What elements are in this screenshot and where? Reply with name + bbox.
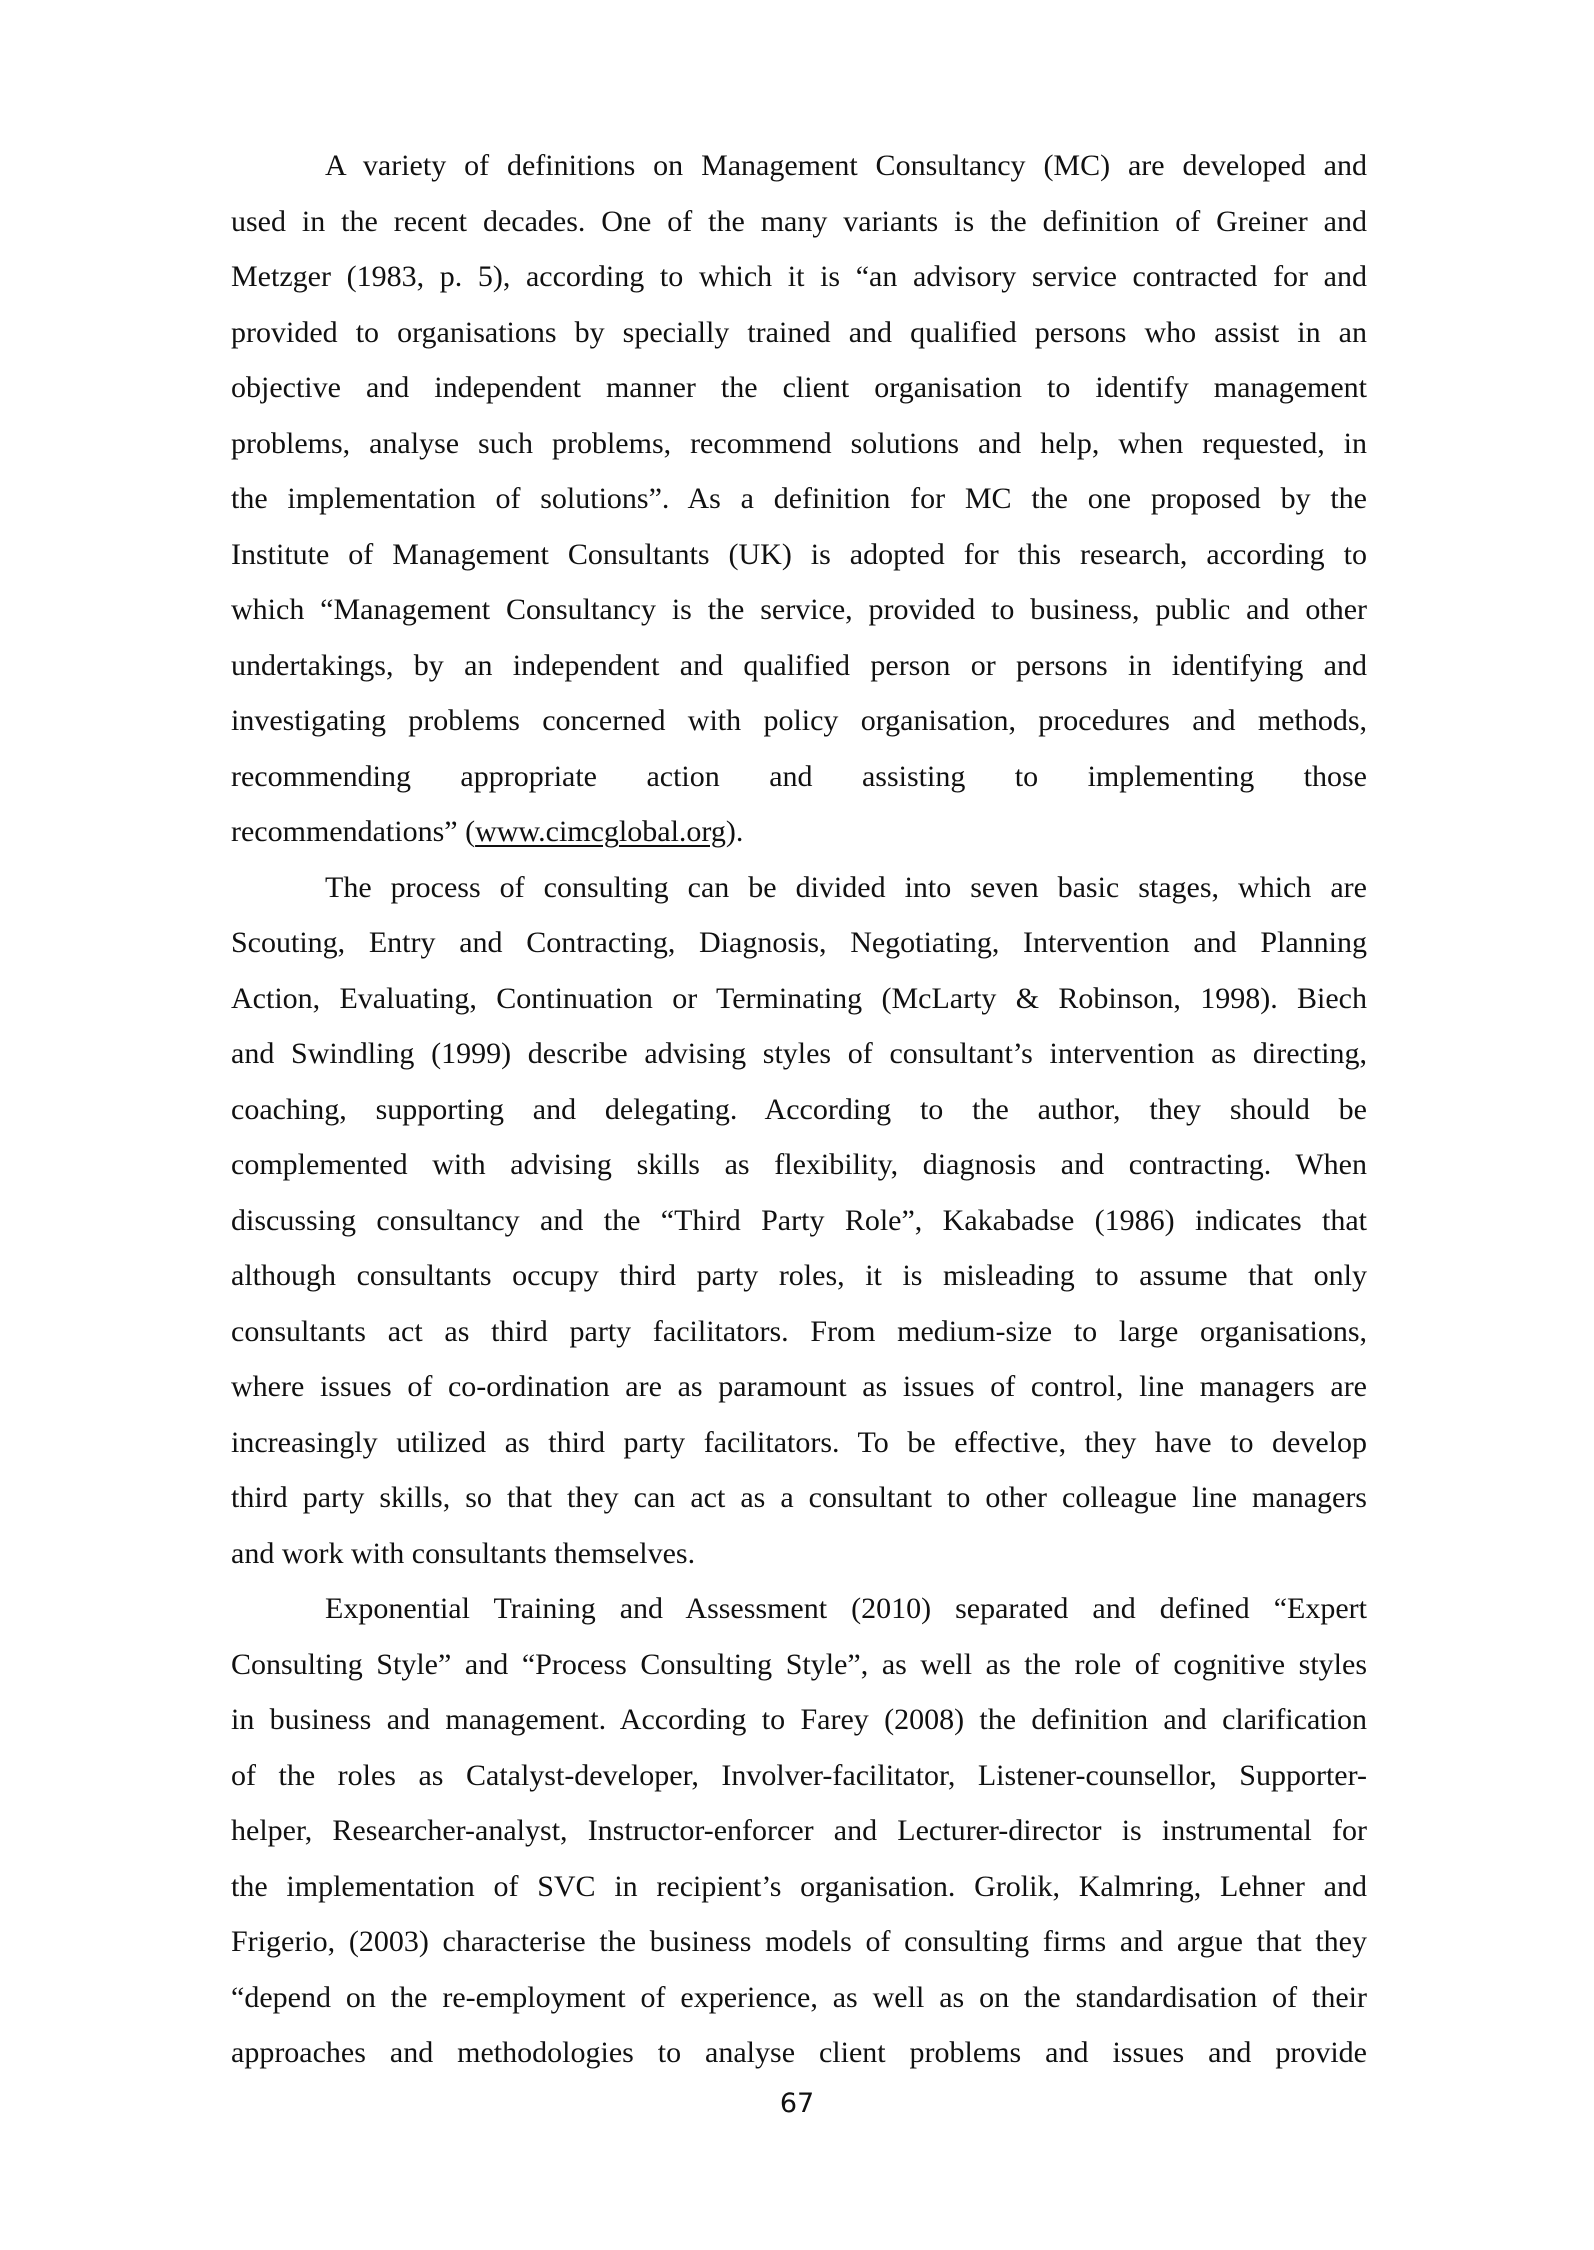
text-line: in business and management. According to… [231,1692,1367,1748]
text-line: undertakings, by an independent and qual… [231,638,1367,694]
text-line: Action, Evaluating, Continuation or Term… [231,971,1367,1027]
text-line: approaches and methodologies to analyse … [231,2025,1367,2081]
text-line: Metzger (1983, p. 5), according to which… [231,249,1367,305]
citation-close: ). [726,815,744,848]
text-line: provided to organisations by specially t… [231,305,1367,361]
text-line: the implementation of SVC in recipient’s… [231,1859,1367,1915]
text-line: complemented with advising skills as fle… [231,1137,1367,1193]
body-text: A variety of definitions on Management C… [231,138,1367,2081]
text-line: Scouting, Entry and Contracting, Diagnos… [231,915,1367,971]
text-line: third party skills, so that they can act… [231,1470,1367,1526]
text-line: where issues of co-ordination are as par… [231,1359,1367,1415]
text-line: increasingly utilized as third party fac… [231,1415,1367,1471]
text-line: and Swindling (1999) describe advising s… [231,1026,1367,1082]
text-line: of the roles as Catalyst-developer, Invo… [231,1748,1367,1804]
document-page: A variety of definitions on Management C… [0,0,1594,2250]
text-line: consultants act as third party facilitat… [231,1304,1367,1360]
text-line: which “Management Consultancy is the ser… [231,582,1367,638]
text-line: objective and independent manner the cli… [231,360,1367,416]
text-line: and work with consultants themselves. [231,1526,1367,1582]
text-line: Institute of Management Consultants (UK)… [231,527,1367,583]
text-line: The process of consulting can be divided… [231,860,1367,916]
text-line: investigating problems concerned with po… [231,693,1367,749]
text-line: used in the recent decades. One of the m… [231,194,1367,250]
text-line: recommendations” (www.cimcglobal.org). [231,804,1367,860]
text-line: discussing consultancy and the “Third Pa… [231,1193,1367,1249]
text-line: the implementation of solutions”. As a d… [231,471,1367,527]
text-line: recommending appropriate action and assi… [231,749,1367,805]
citation-text: recommendations” ( [231,815,475,848]
text-line: coaching, supporting and delegating. Acc… [231,1082,1367,1138]
text-line: helper, Researcher-analyst, Instructor-e… [231,1803,1367,1859]
page-number: 67 [0,2088,1594,2120]
paragraph-3: Exponential Training and Assessment (201… [231,1581,1367,2081]
text-line: Consulting Style” and “Process Consultin… [231,1637,1367,1693]
text-line: problems, analyse such problems, recomme… [231,416,1367,472]
paragraph-1: A variety of definitions on Management C… [231,138,1367,860]
text-line: A variety of definitions on Management C… [231,138,1367,194]
text-line: Frigerio, (2003) characterise the busine… [231,1914,1367,1970]
text-line: although consultants occupy third party … [231,1248,1367,1304]
paragraph-2: The process of consulting can be divided… [231,860,1367,1582]
cimcglobal-link[interactable]: www.cimcglobal.org [475,815,726,848]
text-line: “depend on the re-employment of experien… [231,1970,1367,2026]
text-line: Exponential Training and Assessment (201… [231,1581,1367,1637]
